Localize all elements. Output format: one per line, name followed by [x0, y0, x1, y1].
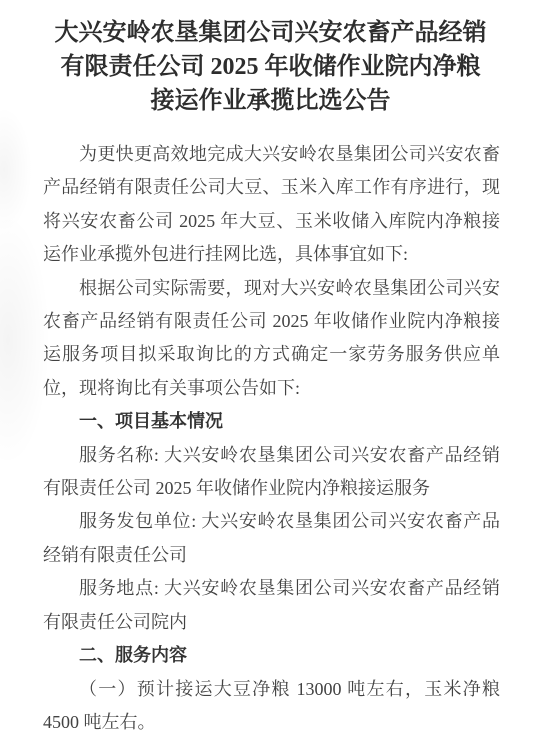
title-line: 接运作业承揽比选公告 — [36, 84, 505, 118]
paragraph: 服务地点: 大兴安岭农垦集团公司兴安农畜产品经销有限责任公司院内 — [43, 572, 500, 639]
section-heading: 二、服务内容 — [43, 639, 500, 672]
title-line: 大兴安岭农垦集团公司兴安农畜产品经销 — [36, 16, 505, 50]
paragraph: 根据公司实际需要，现对大兴安岭农垦集团公司兴安农畜产品经销有限责任公司 2025… — [43, 272, 500, 406]
paragraph: （一）预计接运大豆净粮 13000 吨左右，玉米净粮 4500 吨左右。 — [43, 673, 500, 740]
paragraph: 服务发包单位: 大兴安岭农垦集团公司兴安农畜产品经销有限责任公司 — [43, 505, 500, 572]
section-heading: 一、项目基本情况 — [43, 405, 500, 438]
title-line: 有限责任公司 2025 年收储作业院内净粮 — [36, 50, 505, 84]
document-body: 为更快更高效地完成大兴安岭农垦集团公司兴安农畜产品经销有限责任公司大豆、玉米入库… — [43, 138, 500, 739]
paragraph: 为更快更高效地完成大兴安岭农垦集团公司兴安农畜产品经销有限责任公司大豆、玉米入库… — [43, 138, 500, 272]
scanned-document-page: 大兴安岭农垦集团公司兴安农畜产品经销有限责任公司 2025 年收储作业院内净粮接… — [0, 0, 541, 756]
document-title: 大兴安岭农垦集团公司兴安农畜产品经销有限责任公司 2025 年收储作业院内净粮接… — [36, 16, 505, 118]
paragraph: 服务名称: 大兴安岭农垦集团公司兴安农畜产品经销有限责任公司 2025 年收储作… — [43, 439, 500, 506]
